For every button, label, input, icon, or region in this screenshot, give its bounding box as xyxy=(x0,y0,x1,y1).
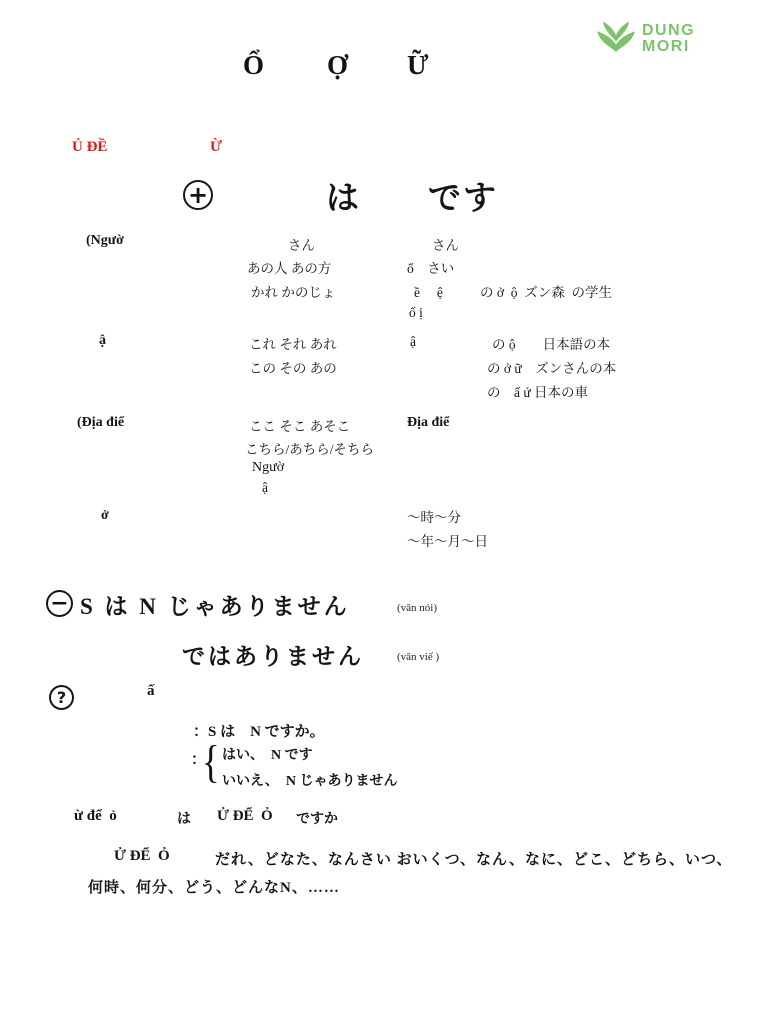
time-year-month-day: ～年～月～日 xyxy=(407,530,488,550)
question-circle-icon: ? xyxy=(49,685,74,710)
places-label: (Địa điể xyxy=(77,415,124,431)
page-title-char-2: Ợ xyxy=(327,50,348,81)
particle-wa: は xyxy=(326,172,361,219)
logo-text-bottom: MORI xyxy=(642,39,695,54)
things-r1-pronouns: これ それ あれ xyxy=(249,333,337,353)
negative-pattern-written: ではありません xyxy=(182,638,364,671)
people-r2-pronouns: あの人 あの方 xyxy=(247,257,331,277)
answer-no: いいえ、 N じゃありません xyxy=(222,770,397,790)
red-topic-label-left: Ủ ĐỀ xyxy=(72,139,107,156)
qw-lead-upper: Ử ĐỂ Ỏ xyxy=(217,808,273,825)
places-r1-pronouns: ここ そこ あそこ xyxy=(249,415,350,435)
dungmori-logo: DUNG MORI xyxy=(596,18,695,59)
leaf-tree-icon xyxy=(596,18,636,59)
qw-list-lead: Ử ĐỂ Ỏ xyxy=(114,848,170,865)
minus-circle-icon: − xyxy=(46,590,73,617)
people-label: (Ngườ xyxy=(86,233,124,249)
note-spoken: (văn nói) xyxy=(397,602,437,614)
note-written: (văn viế ) xyxy=(397,651,439,663)
qw-desuka: ですか xyxy=(296,808,338,828)
plus-circle-icon: + xyxy=(183,180,213,210)
qw-list-line1: だれ、どなた、なんさい おいくつ、なん、なに、どこ、どちら、いつ、 xyxy=(215,848,732,869)
document-page: DUNG MORI Ổ Ợ Ữ Ủ ĐỀ Ừ + は です (Ngườ さん さ… xyxy=(0,0,768,1024)
answer-brace: { xyxy=(202,739,220,785)
people-r3-occupation: ề ệ xyxy=(414,281,443,301)
qw-wa: は xyxy=(177,808,191,828)
question-label: ấ xyxy=(147,683,155,700)
people-r3-pronouns: かれ かのじょ xyxy=(251,281,335,301)
people-r3-example: の ở ộ ズン森 の学生 xyxy=(480,281,612,301)
answer-yes: はい、 N です xyxy=(222,744,313,764)
people-r1-san2: さん xyxy=(432,234,459,254)
things-r3-example: の ấ ứ 日本の車 xyxy=(487,381,588,401)
copula-desu: です xyxy=(428,172,498,219)
logo-text: DUNG MORI xyxy=(642,23,695,53)
things-r2-pronouns: この その あの xyxy=(249,357,337,377)
people-r4-nationality: ố ị xyxy=(409,305,423,321)
things-label: ậ xyxy=(99,333,106,349)
places-r4-thing: ậ xyxy=(262,480,268,496)
time-label: ở xyxy=(101,508,109,524)
qw-lead-lower: ừ để ỏ xyxy=(74,808,117,825)
time-hour-minute: ～時～分 xyxy=(407,506,461,526)
page-title-char-1: Ổ xyxy=(243,50,264,81)
people-r2-age: ổ さい xyxy=(407,257,454,277)
places-r2-pronouns: こちら/あちら/そちら xyxy=(245,438,374,458)
page-title-char-3: Ữ xyxy=(407,50,429,81)
things-r1-example: の ộ 日本語の本 xyxy=(492,333,610,353)
things-r1-mid: ậ xyxy=(410,334,416,350)
people-r1-san: さん xyxy=(288,234,315,254)
places-r1-label: Địa điể xyxy=(407,415,449,431)
logo-text-top: DUNG xyxy=(642,23,695,38)
qw-list-line2: 何時、何分、どう、どんなN、…… xyxy=(88,876,340,897)
negative-pattern-spoken: S は N じゃありません xyxy=(80,588,350,621)
red-topic-label-right: Ừ xyxy=(210,139,222,156)
places-r3-person: Ngườ xyxy=(252,460,284,476)
things-r2-example: の ở ữ ズンさんの本 xyxy=(487,357,616,377)
